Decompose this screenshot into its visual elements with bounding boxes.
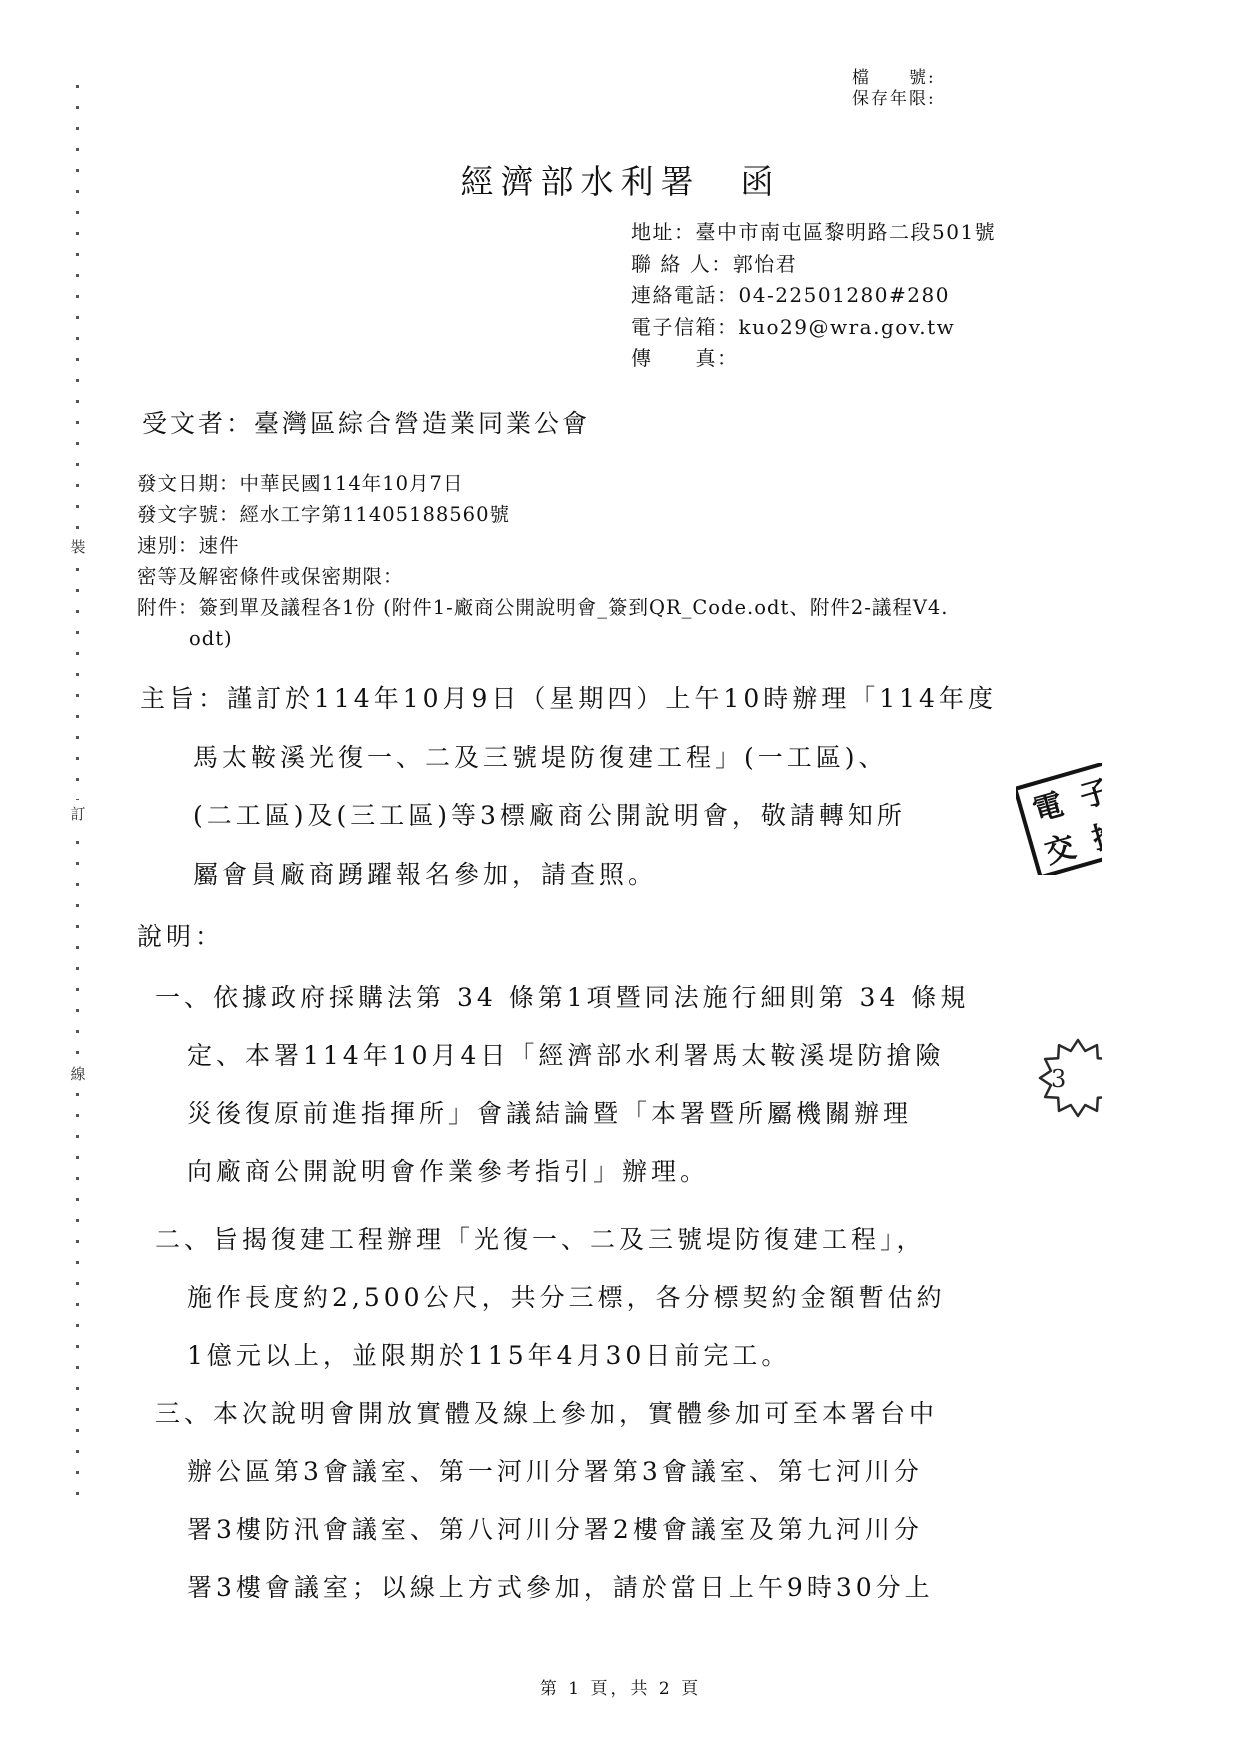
binding-mark-zhuang: 裝 bbox=[69, 533, 87, 560]
explanation-item-2: 二、旨揭復建工程辦理「光復一、二及三號堤防復建工程」， 施作長度約2,500公尺… bbox=[155, 1211, 946, 1385]
agency-seal-stamp: 3 bbox=[1038, 1036, 1102, 1122]
issue-date-line: 發文日期：中華民國114年10月7日 bbox=[137, 468, 949, 499]
binding-mark-xian: 線 bbox=[69, 1060, 87, 1087]
attachment-line: 附件：簽到單及議程各1份 (附件1-廠商公開說明會_簽到QR_Code.odt、… bbox=[137, 592, 949, 623]
page-footer: 第 1 頁，共 2 頁 bbox=[0, 1674, 1241, 1699]
explanation-item-line: 災後復原前進指揮所」會議結論暨「本署暨所屬機關辦理 bbox=[155, 1085, 969, 1143]
sender-email: 電子信箱：kuo29@wra.gov.tw bbox=[631, 312, 996, 344]
stamp-char: 子 bbox=[1074, 766, 1102, 817]
binding-dotted-line bbox=[76, 85, 79, 1505]
electronic-exchange-stamp-box: 電 子 交 換 bbox=[1016, 763, 1102, 875]
document-page: 檔 號: 保存年限: 經濟部水利署 函 地址：臺中市南屯區黎明路二段501號 聯… bbox=[0, 0, 1241, 1754]
subject-block: 主旨：謹訂於114年10月9日（星期四）上午10時辦理「114年度 馬太鞍溪光復… bbox=[140, 670, 997, 904]
security-line: 密等及解密條件或保密期限： bbox=[137, 561, 949, 592]
subject-line: 馬太鞍溪光復一、二及三號堤防復建工程」(一工區)、 bbox=[140, 729, 997, 788]
explanation-item-line: 二、旨揭復建工程辦理「光復一、二及三號堤防復建工程」， bbox=[155, 1211, 946, 1269]
explanation-item-line: 定、本署114年10月4日「經濟部水利署馬太鞍溪堤防搶險 bbox=[155, 1027, 969, 1085]
stamp-char: 交 bbox=[1039, 822, 1080, 873]
subject-line: 屬會員廠商踴躍報名參加，請查照。 bbox=[140, 846, 997, 905]
subject-line: 主旨：謹訂於114年10月9日（星期四）上午10時辦理「114年度 bbox=[140, 670, 997, 729]
electronic-exchange-stamp: 電 子 交 換 bbox=[1016, 763, 1102, 875]
explanation-item-line: 向廠商公開說明會作業參考指引」辦理。 bbox=[155, 1143, 969, 1201]
sender-contact-person: 聯 絡 人：郭怡君 bbox=[631, 249, 996, 281]
subject-line: (二工區)及(三工區)等3標廠商公開說明會，敬請轉知所 bbox=[140, 787, 997, 846]
explanation-label: 說明： bbox=[137, 908, 224, 966]
sender-phone: 連絡電話：04-22501280#280 bbox=[631, 280, 996, 312]
explanation-item-line: 三、本次說明會開放實體及線上參加，實體參加可至本署台中 bbox=[155, 1385, 938, 1443]
explanation-item-line: 施作長度約2,500公尺，共分三標，各分標契約金額暫估約 bbox=[155, 1269, 946, 1327]
explanation-item-line: 一、依據政府採購法第 34 條第1項暨同法施行細則第 34 條規 bbox=[155, 969, 969, 1027]
explanation-item-line: 署3樓會議室；以線上方式參加，請於當日上午9時30分上 bbox=[155, 1559, 938, 1617]
explanation-item-line: 署3樓防汛會議室、第八河川分署2樓會議室及第九河川分 bbox=[155, 1501, 938, 1559]
gear-seal-icon: 3 bbox=[1038, 1036, 1102, 1122]
sender-info-block: 地址：臺中市南屯區黎明路二段501號 聯 絡 人：郭怡君 連絡電話：04-225… bbox=[631, 217, 996, 375]
document-meta-block: 發文日期：中華民國114年10月7日 發文字號：經水工字第11405188560… bbox=[137, 468, 949, 654]
explanation-item-1: 一、依據政府採購法第 34 條第1項暨同法施行細則第 34 條規 定、本署114… bbox=[155, 969, 969, 1201]
doc-number-line: 發文字號：經水工字第11405188560號 bbox=[137, 499, 949, 530]
retention-period-label: 保存年限: bbox=[852, 89, 936, 110]
attachment-continuation: odt) bbox=[137, 623, 949, 654]
explanation-item-3: 三、本次說明會開放實體及線上參加，實體參加可至本署台中 辦公區第3會議室、第一河… bbox=[155, 1385, 938, 1617]
seal-number-text: 3 bbox=[1051, 1065, 1066, 1093]
explanation-item-line: 辦公區第3會議室、第一河川分署第3會議室、第七河川分 bbox=[155, 1443, 938, 1501]
sender-fax: 傳 真： bbox=[631, 343, 996, 375]
stamp-char: 換 bbox=[1086, 808, 1102, 859]
file-number-label: 檔 號: bbox=[852, 68, 936, 89]
recipient-line: 受文者：臺灣區綜合營造業同業公會 bbox=[142, 404, 590, 440]
sender-address: 地址：臺中市南屯區黎明路二段501號 bbox=[631, 217, 996, 249]
document-title: 經濟部水利署 函 bbox=[0, 156, 1241, 203]
binding-mark-ding: 訂 bbox=[69, 800, 87, 827]
file-number-block: 檔 號: 保存年限: bbox=[852, 68, 936, 110]
priority-line: 速別：速件 bbox=[137, 530, 949, 561]
explanation-item-line: 1億元以上，並限期於115年4月30日前完工。 bbox=[155, 1327, 946, 1385]
